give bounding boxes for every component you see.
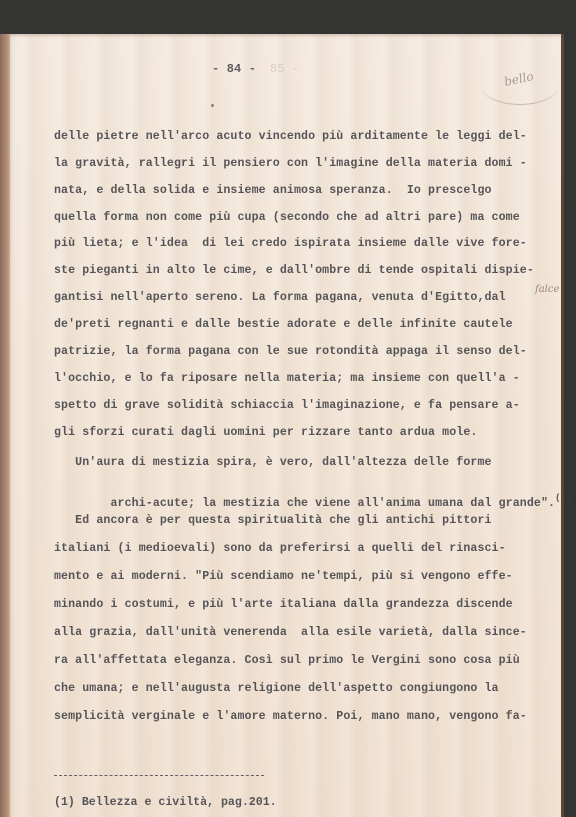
margin-annotation: falce	[535, 284, 559, 295]
text-line: gantisi nell'aperto sereno. La forma pag…	[54, 291, 506, 304]
paper-sheet: - 84 - 85 - bello falce delle pietre nel…	[10, 34, 563, 817]
text-line: nata, e della solida e insieme animosa s…	[54, 184, 492, 197]
text-line: Ed ancora è per questa spiritualità che …	[54, 514, 492, 527]
text-line: ste pieganti in alto le cime, e dall'omb…	[54, 264, 534, 277]
text-line: l'occhio, e lo fa riposare nella materia…	[54, 372, 520, 385]
text-line: patrizie, la forma pagana con le sue rot…	[54, 345, 527, 358]
scanned-document-page: - 84 - 85 - bello falce delle pietre nel…	[0, 0, 576, 817]
text-line: ra all'affettata eleganza. Così sul prim…	[54, 654, 520, 667]
text-line: spetto di grave solidità schiaccia l'ima…	[54, 399, 520, 412]
text-line: più lieta; e l'idea di lei credo ispirat…	[54, 237, 527, 250]
text-line: mento e ai moderni. "Più scendiamo ne'te…	[54, 570, 513, 583]
page-number-bleedthrough: 85 -	[270, 62, 299, 76]
text-line: Un'aura di mestizia spira, è vero, dall'…	[54, 456, 492, 469]
text-line: minando i costumi, e più l'arte italiana…	[54, 598, 513, 611]
text-line: delle pietre nell'arco acuto vincendo pi…	[54, 130, 527, 143]
page-number: - 84 -	[212, 62, 256, 76]
text-line: la gravità, rallegri il pensiero con l'i…	[54, 157, 527, 170]
footnote: (1) Bellezza e civiltà, pag.201.	[54, 796, 277, 809]
text-line: archi-acute; la mestizia che viene all'a…	[110, 497, 555, 510]
text-line: de'preti regnanti e dalle bestie adorate…	[54, 318, 513, 331]
page-right-edge	[561, 34, 564, 817]
text-line: semplicità verginale e l'amore materno. …	[54, 710, 527, 723]
footnote-separator	[54, 775, 264, 776]
text-line: italiani (i medioevali) sono da preferir…	[54, 542, 506, 555]
ink-dot	[211, 104, 214, 107]
text-line: gli sforzi curati dagli uomini per rizza…	[54, 426, 477, 439]
text-line: che umana; e nell'augusta religione dell…	[54, 682, 499, 695]
text-line: alla grazia, dall'unità venerenda alla e…	[54, 626, 527, 639]
text-line: quella forma non come più cupa (secondo …	[54, 211, 520, 224]
